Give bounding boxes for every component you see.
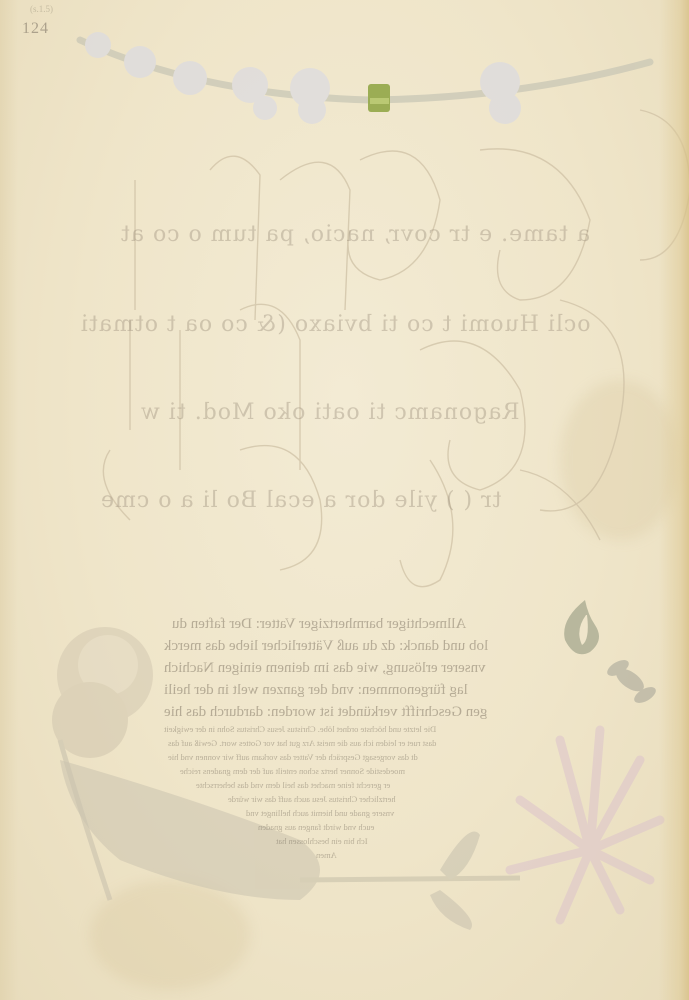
- blackletter-line-1: Allmechtiger barmhertziger Vatter: Der f…: [172, 616, 466, 633]
- blackletter-line-2: lob und danck: dz du auß Vätterlicher li…: [164, 638, 488, 655]
- small-text-line-3: dt das vorgesagt Gespräch der Vatter das…: [168, 752, 418, 762]
- insect-fly-icon: [605, 657, 659, 706]
- small-text-line-10: Amen: [316, 850, 337, 860]
- calligraphy-flourish-strokes: [103, 110, 689, 587]
- blackletter-line-3: vnserer erlösung, wie das im deinem eini…: [164, 660, 486, 677]
- calligraphy-line-1: a tame. e tr covr, nacio, pa tum o co at: [120, 222, 590, 247]
- small-text-line-7: vnsere gnade und hiemit auch hellinget v…: [246, 808, 394, 818]
- blackletter-line-5: gen Geschrifft verkündet ist worden: dar…: [164, 704, 487, 721]
- manuscript-page: (s.1.5) 124: [0, 0, 689, 1000]
- flame-drop-icon: [564, 600, 599, 654]
- small-text-line-5: er gerecht feine machet das heil dem vnd…: [196, 780, 390, 790]
- lavender-sprig-illustration: [80, 32, 650, 124]
- small-text-line-6: hertzlicher Christus Jesu auch auff das …: [228, 794, 396, 804]
- carnation-illustration: [510, 730, 660, 920]
- page-left-edge: [0, 0, 18, 1000]
- calligraphy-line-2: ocli Huomi t co ti bviaxo (& co oa t otm…: [80, 312, 591, 337]
- calligraphy-line-4: tr ( ) yile dor a ecal Bo li a o cme: [100, 488, 501, 513]
- calligraphy-line-3: Ragonamc ti oati oko Mod. ti w: [140, 400, 519, 425]
- blackletter-line-4: lag fürgenommen: vnd der ganzen welt in …: [164, 682, 468, 699]
- small-text-line-4: moedestide Sonner hertz schon enteilt au…: [180, 766, 405, 776]
- small-text-line-8: euch vnd wirdt fangen aus gnaden: [258, 822, 374, 832]
- small-text-line-1: Die letzte und höchste ordnet löbe. Chri…: [164, 724, 436, 734]
- page-right-edge: [659, 0, 689, 1000]
- small-text-line-9: Ich bin ein beschlossen hat: [276, 836, 368, 846]
- small-text-line-2: dast ruet er leiden ich aus die meist Ar…: [168, 738, 436, 748]
